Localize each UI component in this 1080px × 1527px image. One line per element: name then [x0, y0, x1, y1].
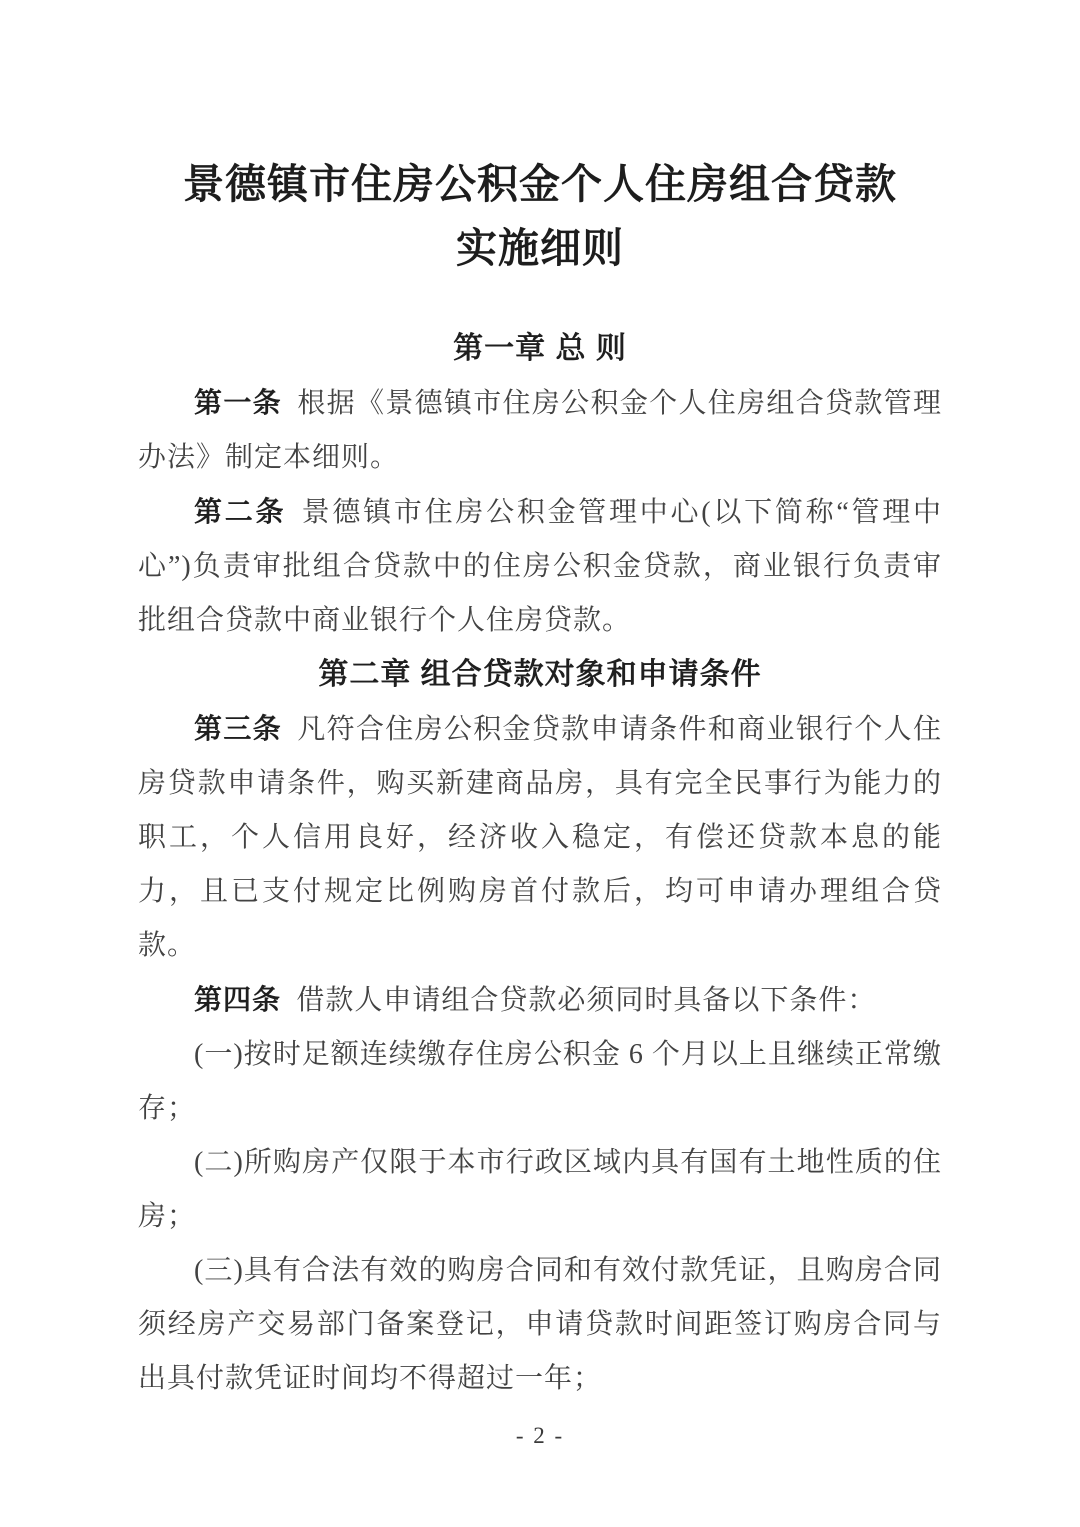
article-3-label: 第三条	[194, 713, 282, 744]
condition-item-2: (二)所购房产仅限于本市行政区域内具有国有土地性质的住房；	[138, 1136, 942, 1244]
article-4-label: 第四条	[194, 984, 281, 1015]
article-2: 第二条景德镇市住房公积金管理中心(以下简称“管理中心”)负责审批组合贷款中的住房…	[138, 485, 942, 648]
article-4-text: 借款人申请组合贷款必须同时具备以下条件：	[296, 985, 876, 1016]
page-number: - 2 -	[0, 1423, 1080, 1449]
condition-item-3: (三)具有合法有效的购房合同和有效付款凭证，且购房合同须经房产交易部门备案登记，…	[138, 1244, 942, 1406]
document-title-line1: 景德镇市住房公积金个人住房组合贷款	[138, 152, 942, 216]
document-title: 景德镇市住房公积金个人住房组合贷款 实施细则	[138, 152, 942, 280]
chapter-1-heading: 第一章 总 则	[138, 322, 942, 376]
chapter-2-heading: 第二章 组合贷款对象和申请条件	[138, 648, 942, 702]
article-4: 第四条借款人申请组合贷款必须同时具备以下条件：	[138, 973, 942, 1028]
article-3: 第三条凡符合住房公积金贷款申请条件和商业银行个人住房贷款申请条件，购买新建商品房…	[138, 702, 942, 973]
document-page: 景德镇市住房公积金个人住房组合贷款 实施细则 第一章 总 则 第一条根据《景德镇…	[0, 0, 1080, 1527]
condition-item-1: (一)按时足额连续缴存住房公积金 6 个月以上且继续正常缴存；	[138, 1028, 942, 1136]
article-2-label: 第二条	[194, 496, 286, 527]
article-1-label: 第一条	[194, 387, 282, 418]
document-title-line2: 实施细则	[138, 216, 942, 280]
article-1: 第一条根据《景德镇市住房公积金个人住房组合贷款管理办法》制定本细则。	[138, 376, 942, 485]
article-3-text: 凡符合住房公积金贷款申请条件和商业银行个人住房贷款申请条件，购买新建商品房，具有…	[138, 714, 942, 961]
document-content: 景德镇市住房公积金个人住房组合贷款 实施细则 第一章 总 则 第一条根据《景德镇…	[0, 152, 1080, 1406]
